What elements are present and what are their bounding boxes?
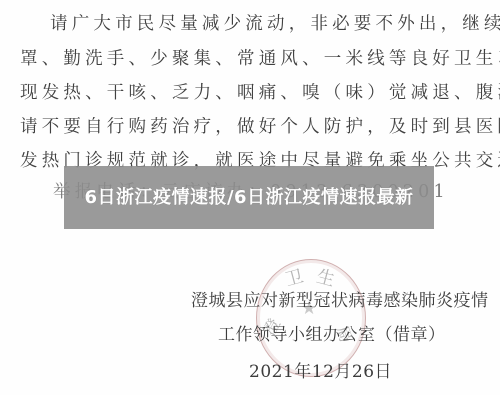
body-line-2: 罩、勤洗手、少聚集、常通风、一米线等良好卫生习惯，如出	[20, 48, 500, 70]
headline-overlay[interactable]: 6日浙江疫情速报/6日浙江疫情速报最新	[64, 166, 434, 229]
signature-org-line-2: 工作领导小组办公室（借章）	[218, 320, 446, 345]
headline-title[interactable]: 6日浙江疫情速报/6日浙江疫情速报最新	[84, 186, 413, 210]
signature-org-line-1: 澄城县应对新型冠状病毒感染肺炎疫情	[191, 286, 489, 311]
body-line-4: 请不要自行购药治疗，做好个人防护，及时到县医院（旧址）	[20, 116, 500, 138]
body-line-3: 现发热、干咳、乏力、咽痛、嗅（味）觉减退、腹泻等症状时，	[20, 82, 500, 104]
signature-date: 2021年12月26日	[249, 357, 392, 382]
body-line-1: 请广大市民尽量减少流动，非必要不外出，继续保持戴口	[50, 13, 500, 35]
document-page: 请广大市民尽量减少流动，非必要不外出，继续保持戴口 罩、勤洗手、少聚集、常通风、…	[0, 0, 500, 395]
